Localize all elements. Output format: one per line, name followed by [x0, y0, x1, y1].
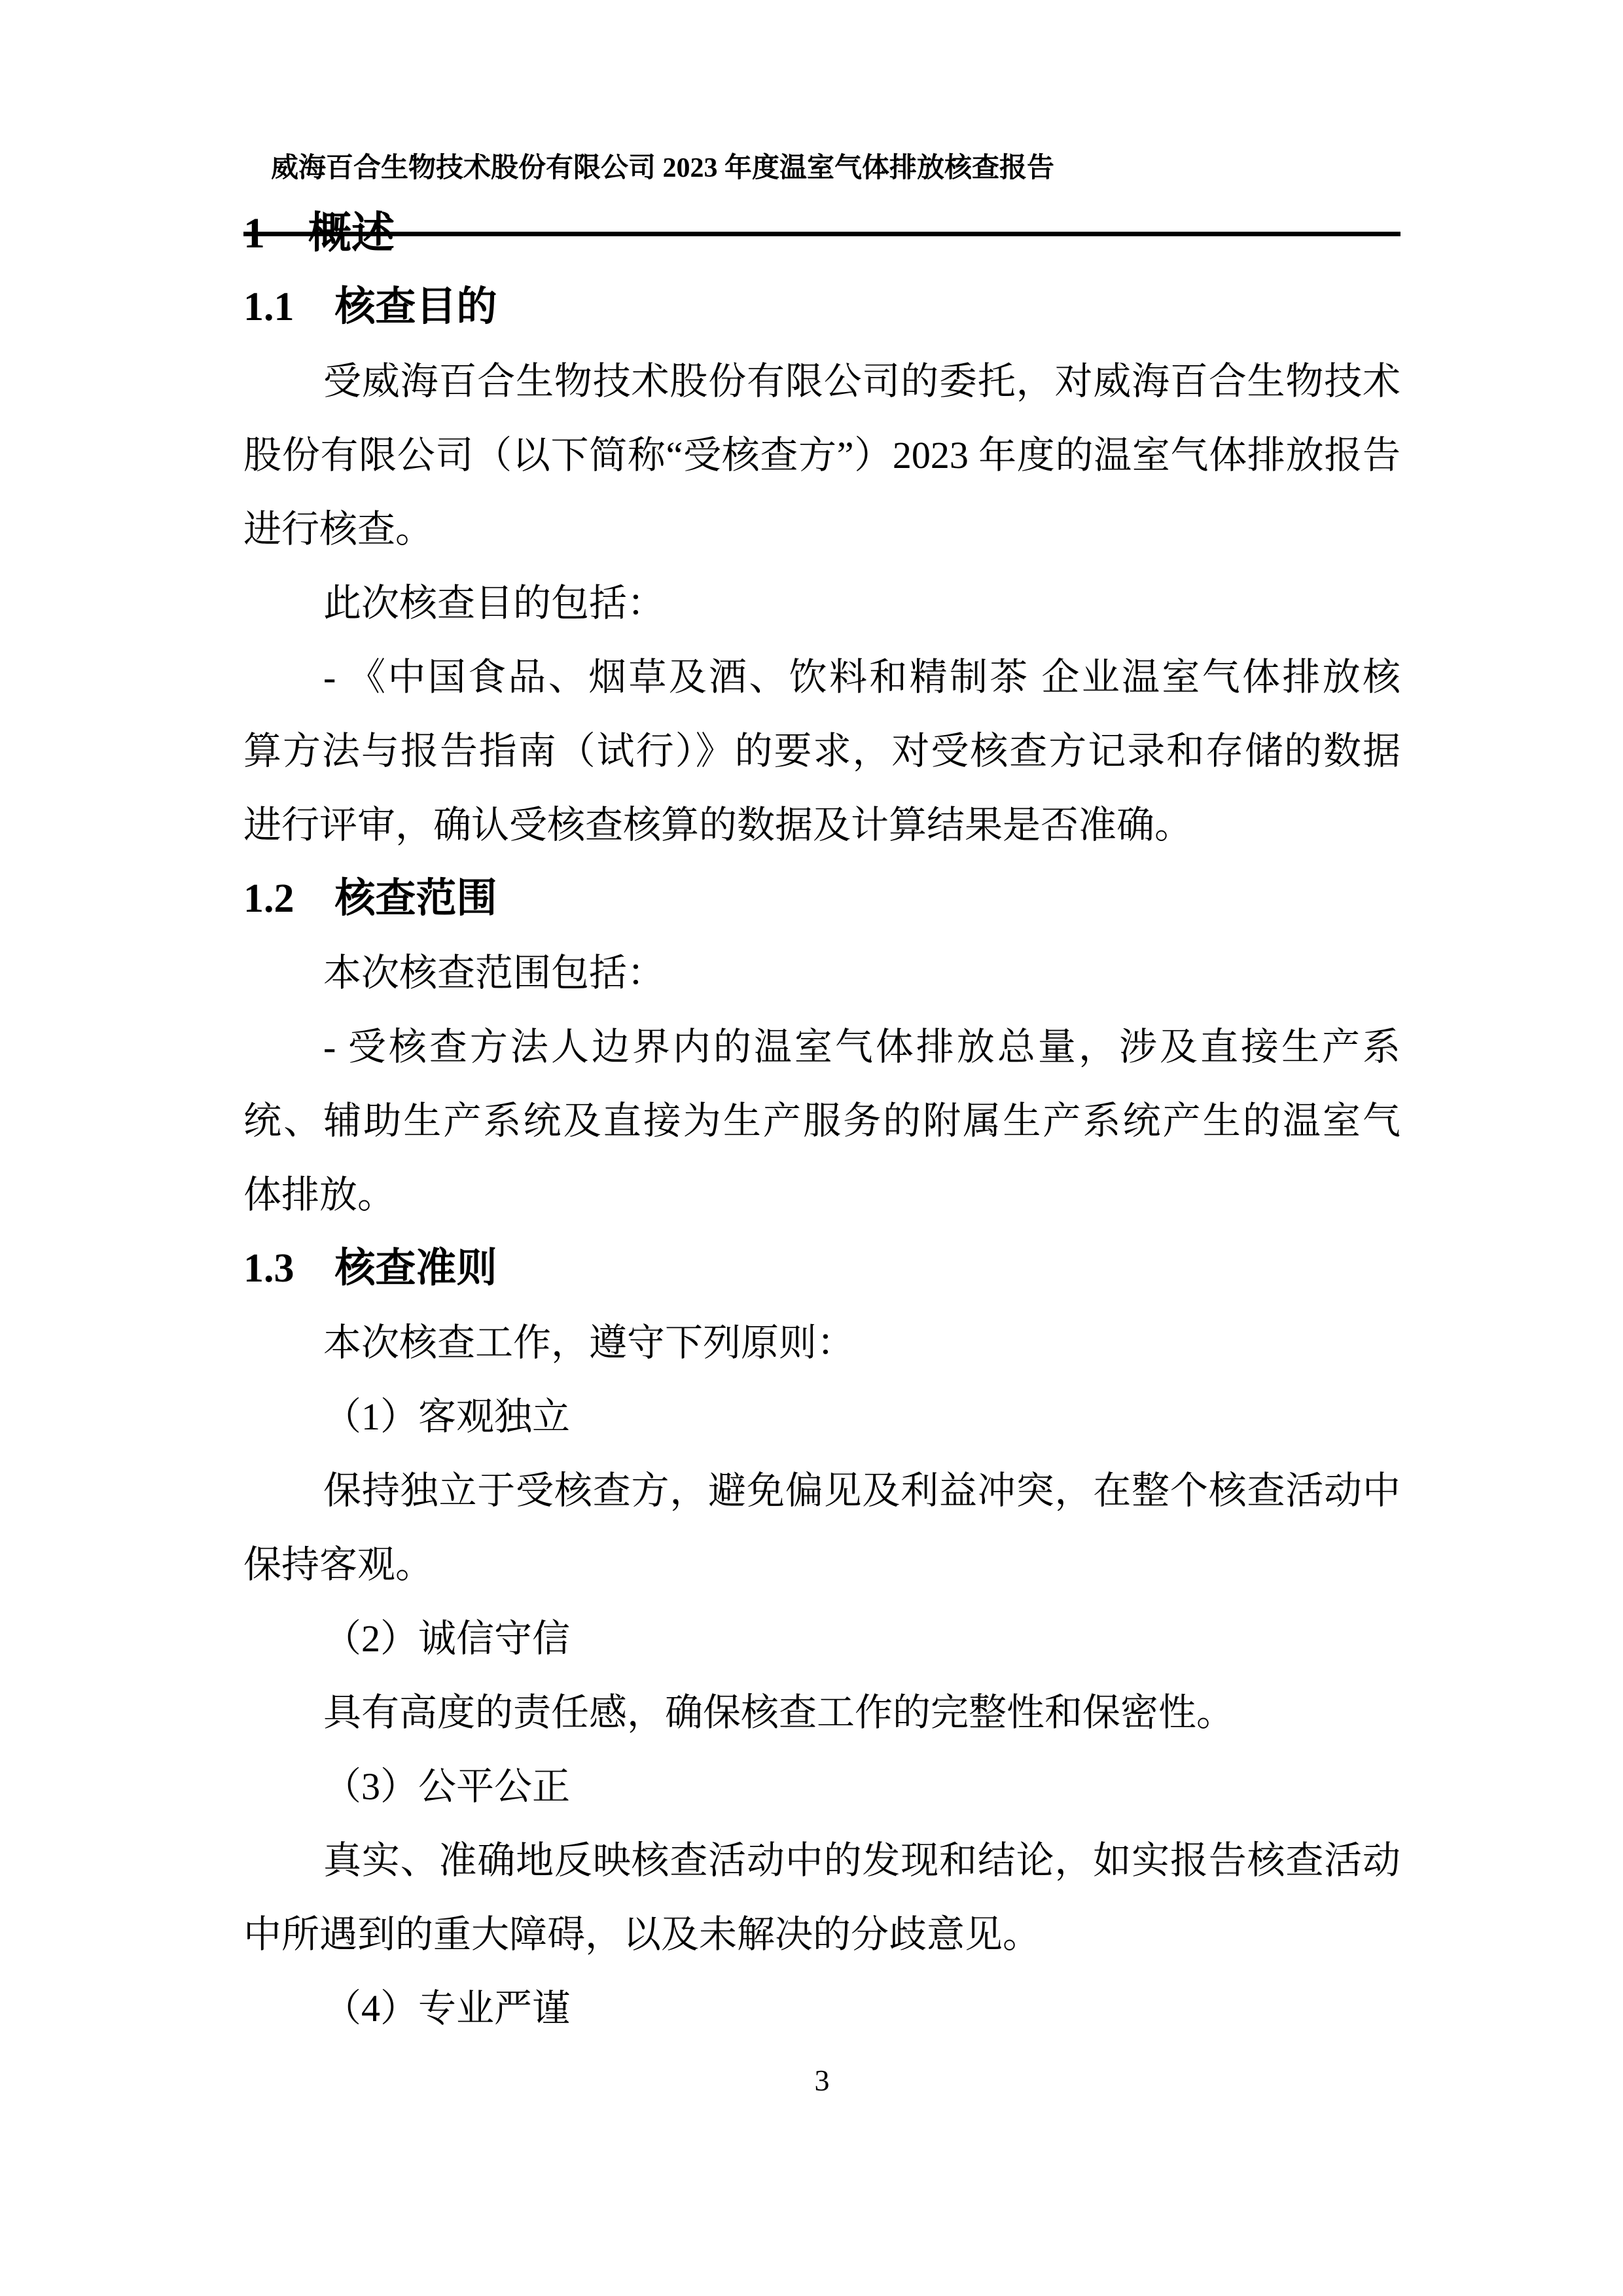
- heading-1-3-criteria: 1.3 核查准则: [243, 1232, 1400, 1306]
- page-number: 3: [815, 2064, 830, 2097]
- body-line: 本次核查范围包括：: [243, 936, 1400, 1010]
- principle-item-1: （1）客观独立: [243, 1380, 1400, 1454]
- body-line: 真实、准确地反映核查活动中的发现和结论，如实报告核查活动: [243, 1823, 1400, 1897]
- body-line: 中所遇到的重大障碍，以及未解决的分歧意见。: [243, 1897, 1400, 1971]
- body-line: 股份有限公司（以下简称“受核查方”）2023 年度的温室气体排放报告: [243, 418, 1400, 492]
- body-line: 算方法与报告指南（试行）》的要求，对受核查方记录和存储的数据: [243, 714, 1400, 788]
- principle-item-4: （4）专业严谨: [243, 1971, 1400, 2045]
- body-line: 保持独立于受核查方，避免偏见及利益冲突，在整个核查活动中: [243, 1454, 1400, 1528]
- body-line: 体排放。: [243, 1158, 1400, 1232]
- body-line: 本次核查工作，遵守下列原则：: [243, 1306, 1400, 1380]
- principle-item-2: （2）诚信守信: [243, 1602, 1400, 1676]
- list-item-line: - 受核查方法人边界内的温室气体排放总量，涉及直接生产系: [243, 1010, 1400, 1084]
- body-line: 保持客观。: [243, 1528, 1400, 1602]
- page-footer: 3: [243, 2060, 1400, 2101]
- body-line: 进行评审，确认受核查核算的数据及计算结果是否准确。: [243, 788, 1400, 862]
- document-body: 1 概述 1.1 核查目的 受威海百合生物技术股份有限公司的委托，对威海百合生物…: [243, 196, 1400, 2045]
- body-line: 受威海百合生物技术股份有限公司的委托，对威海百合生物技术: [243, 344, 1400, 418]
- heading-1-overview: 1 概述: [243, 196, 1400, 270]
- body-line: 具有高度的责任感，确保核查工作的完整性和保密性。: [243, 1676, 1400, 1749]
- body-line: 统、辅助生产系统及直接为生产服务的附属生产系统产生的温室气: [243, 1084, 1400, 1158]
- body-line: 此次核查目的包括：: [243, 566, 1400, 640]
- principle-item-3: （3）公平公正: [243, 1749, 1400, 1823]
- document-page: 威海百合生物技术股份有限公司 2023 年度温室气体排放核查报告 1 概述 1.…: [0, 0, 1623, 2296]
- list-item-line: - 《中国食品、烟草及酒、饮料和精制茶 企业温室气体排放核: [243, 640, 1400, 714]
- body-line: 进行核查。: [243, 492, 1400, 566]
- heading-1-1-purpose: 1.1 核查目的: [243, 270, 1400, 344]
- heading-1-2-scope: 1.2 核查范围: [243, 862, 1400, 936]
- page-header-title: 威海百合生物技术股份有限公司 2023 年度温室气体排放核查报告: [271, 153, 1054, 183]
